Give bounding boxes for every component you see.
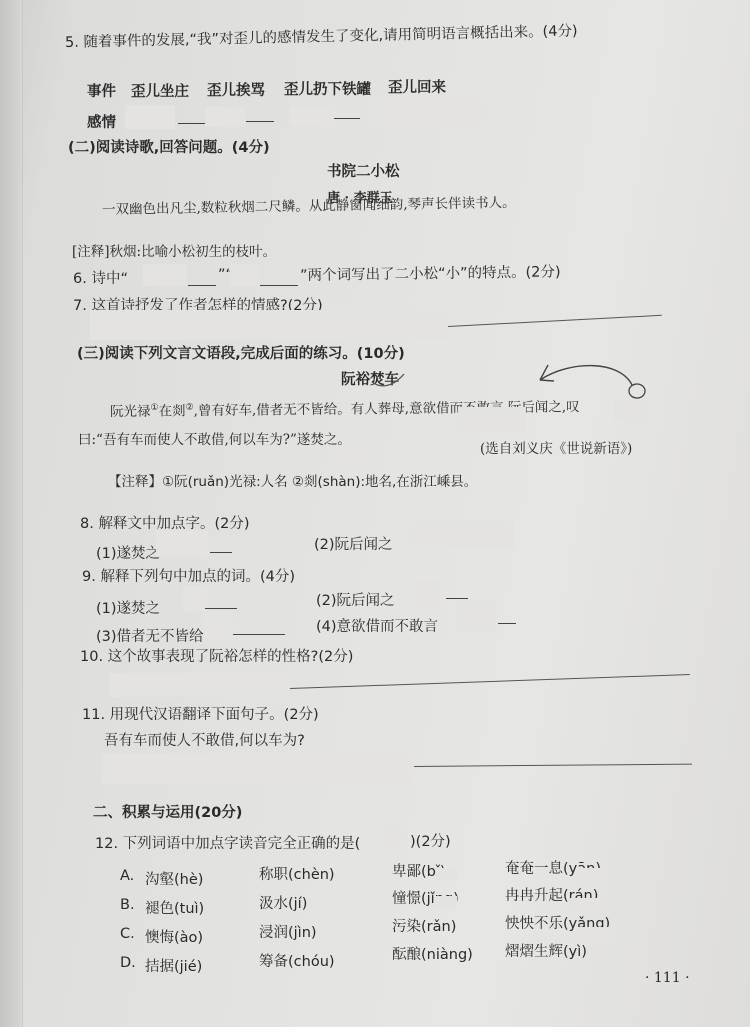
redacted-answer: [183, 586, 207, 612]
redacted-answer: [102, 754, 414, 784]
question-11-prompt: 11. 用现代汉语翻译下面句子。(2分): [82, 703, 319, 724]
part-2-heading: 二、积累与运用(20分): [93, 801, 242, 822]
answer-blank[interactable]: [188, 285, 216, 286]
redacted-answer: [125, 105, 175, 129]
q9-item-3: (3)借者无不皆给: [96, 625, 204, 646]
redacted-answer: [458, 407, 526, 433]
redacted-answer: [143, 264, 187, 286]
question-12-suffix: )(2分): [410, 830, 451, 851]
question-5-prompt: 5. 随着事件的发展,“我”对歪儿的感情发生了变化,请用简明语言概括出来。(4分…: [65, 19, 578, 52]
redacted-answer: [414, 580, 446, 606]
redacted-answer: [614, 400, 650, 422]
option-d-word-3: 酝酿(niàng): [392, 943, 473, 964]
redacted-answer: [328, 447, 364, 471]
answer-line[interactable]: [448, 315, 662, 327]
redacted-answer: [156, 531, 208, 557]
redacted-answer: [205, 107, 245, 127]
answer-blank[interactable]: [233, 634, 285, 635]
section-2-heading: (二)阅读诗歌,回答问题。(4分): [68, 136, 270, 157]
answer-line[interactable]: [290, 674, 690, 689]
redacted-answer[interactable]: [385, 825, 407, 847]
page-binding-edge: [0, 0, 23, 1027]
option-d-word-1: 拮据(jié): [145, 955, 202, 976]
redacted-answer: [374, 97, 486, 127]
option-d-letter[interactable]: D.: [120, 955, 136, 971]
redacted-mark: [435, 896, 457, 908]
page-number: · 111 ·: [645, 970, 690, 986]
option-c-word-1: 懊悔(ào): [145, 926, 203, 947]
answer-blank[interactable]: [498, 623, 516, 624]
q5-event-3: 歪儿扔下铁罐: [284, 78, 371, 99]
poem-text: 一双幽色出凡尘,数粒秋烟二尺鳞。从此静窗闻细韵,琴声长伴读书人。: [102, 191, 516, 218]
passage-source: (选自刘义庆《世说新语》): [480, 437, 632, 457]
passage-footnotes: 【注释】①阮(ruǎn)光禄:人名 ②剡(shàn):地名,在浙江嵊县。: [108, 470, 477, 490]
answer-line[interactable]: [414, 764, 692, 767]
redacted-mark: [575, 927, 615, 941]
q11-sentence: 吾有车而使人不敢借,何以车为?: [104, 729, 305, 750]
redacted-answer: [230, 264, 260, 286]
q9-item-2: (2)阮后闻之: [316, 589, 395, 610]
answer-blank[interactable]: [334, 118, 360, 119]
redacted-mark: [570, 898, 600, 912]
answer-blank[interactable]: [446, 598, 468, 599]
redacted-answer: [456, 601, 496, 631]
option-c-letter[interactable]: C.: [120, 926, 135, 942]
redacted-answer: [203, 613, 233, 639]
question-6-suffix: ”两个词写出了二小松“小”的特点。(2分): [300, 260, 561, 285]
question-8-prompt: 8. 解释文中加点字。(2分): [80, 512, 249, 533]
question-10-prompt: 10. 这个故事表现了阮裕怎样的性格?(2分): [80, 645, 353, 666]
handwritten-mark: [370, 372, 410, 392]
answer-blank[interactable]: [205, 608, 237, 609]
option-a-word-2: 称职(chèn): [259, 863, 335, 884]
redacted-answer: [109, 673, 289, 697]
poem-note: [注释]秋烟:比喻小松初生的枝叶。: [72, 240, 276, 260]
q5-event-1: 歪儿坐庄: [131, 80, 189, 101]
question-6-prefix: 6. 诗中“: [73, 267, 128, 288]
redacted-mark: [435, 868, 457, 880]
footnote-marker-2: ②: [186, 403, 194, 413]
section-3-heading: (三)阅读下列文言文语段,完成后面的练习。(10分): [77, 342, 405, 363]
option-d-word-2: 筹备(chóu): [259, 950, 335, 971]
option-c-word-3: 污染(rǎn): [392, 915, 456, 936]
passage-text: 在剡: [159, 403, 186, 419]
q8-item-2: (2)阮后闻之: [314, 533, 393, 554]
q9-item-4: (4)意欲借而不敢言: [316, 615, 438, 636]
option-b-word-1: 褪色(tuì): [145, 897, 204, 918]
question-9-prompt: 9. 解释下列句中加点的词。(4分): [82, 565, 295, 586]
q5-event-4: 歪儿回来: [388, 76, 446, 97]
answer-blank[interactable]: [210, 552, 232, 553]
option-b-word-2: 汲水(jí): [259, 892, 307, 913]
q5-events-label: 事件: [87, 80, 116, 101]
question-12-prefix: 12. 下列词语中加点字读音完全正确的是(: [95, 832, 360, 853]
q8-item-1: (1)遂焚之: [96, 542, 160, 563]
option-b-letter[interactable]: B.: [120, 897, 135, 913]
option-a-letter[interactable]: A.: [120, 868, 134, 884]
answer-blank[interactable]: [260, 285, 298, 286]
option-a-word-1: 沟壑(hè): [145, 868, 203, 889]
answer-blank[interactable]: [178, 123, 206, 124]
q5-feelings-label: 感情: [87, 111, 116, 132]
q5-event-2: 歪儿挨骂: [207, 79, 265, 100]
option-d-word-4: 熠熠生辉(yì): [505, 940, 587, 961]
redacted-answer: [90, 310, 448, 340]
poem-title: 书院二小松: [327, 160, 400, 181]
footnote-marker-1: ①: [150, 403, 158, 413]
redacted-answer: [290, 106, 335, 126]
redacted-mark: [578, 868, 600, 880]
q9-item-1: (1)遂焚之: [96, 597, 160, 618]
answer-blank[interactable]: [246, 121, 274, 122]
redacted-answer: [410, 521, 514, 547]
passage-paragraph-2: 曰:“吾有车而使人不敢借,何以车为?”遂焚之。: [78, 428, 351, 448]
option-c-word-2: 浸润(jìn): [259, 921, 317, 942]
passage-text: 阮光禄: [110, 404, 151, 420]
